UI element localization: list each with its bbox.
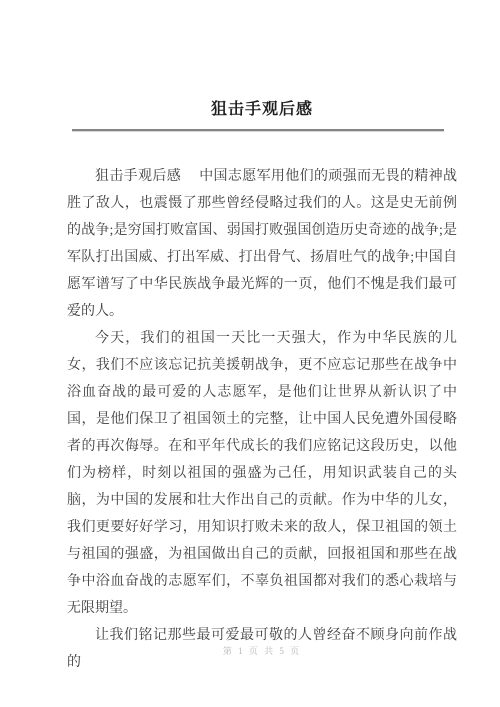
- paragraph-2: 今天，我们的祖国一天比一天强大，作为中华民族的儿女，我们不应该忘记抗美援朝战争，…: [67, 325, 457, 622]
- document-page: 狙击手观后感 狙击手观后感 中国志愿军用他们的顽强而无畏的精神战胜了敌人，也震慑…: [0, 0, 500, 707]
- document-body: 狙击手观后感 中国志愿军用他们的顽强而无畏的精神战胜了敌人，也震慑了那些曾经侵略…: [67, 163, 457, 676]
- document-title: 狙击手观后感: [67, 100, 457, 120]
- page-number-footer: 第 1 页 共 5 页: [67, 644, 457, 657]
- title-divider: [72, 129, 444, 132]
- paragraph-1: 狙击手观后感 中国志愿军用他们的顽强而无畏的精神战胜了敌人，也震慑了那些曾经侵略…: [67, 163, 457, 325]
